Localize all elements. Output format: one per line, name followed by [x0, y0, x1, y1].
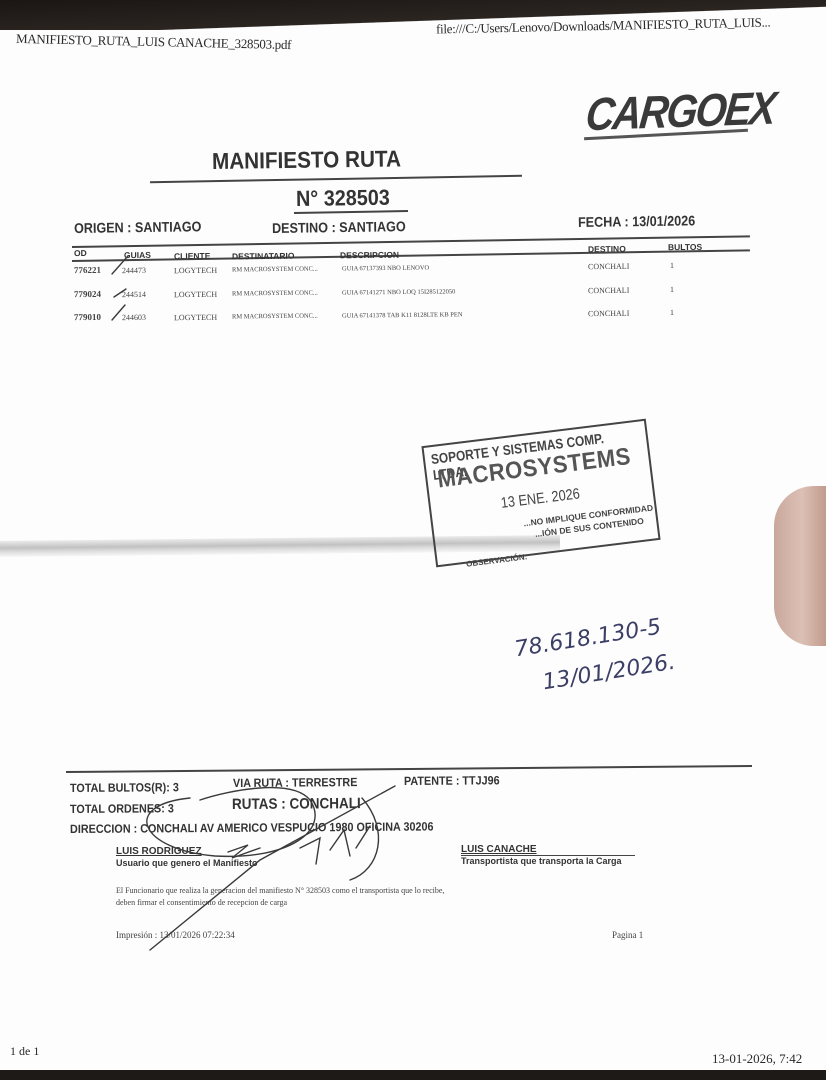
ink-signature-marks	[0, 0, 826, 1080]
photo-bottom-edge	[0, 1070, 826, 1080]
